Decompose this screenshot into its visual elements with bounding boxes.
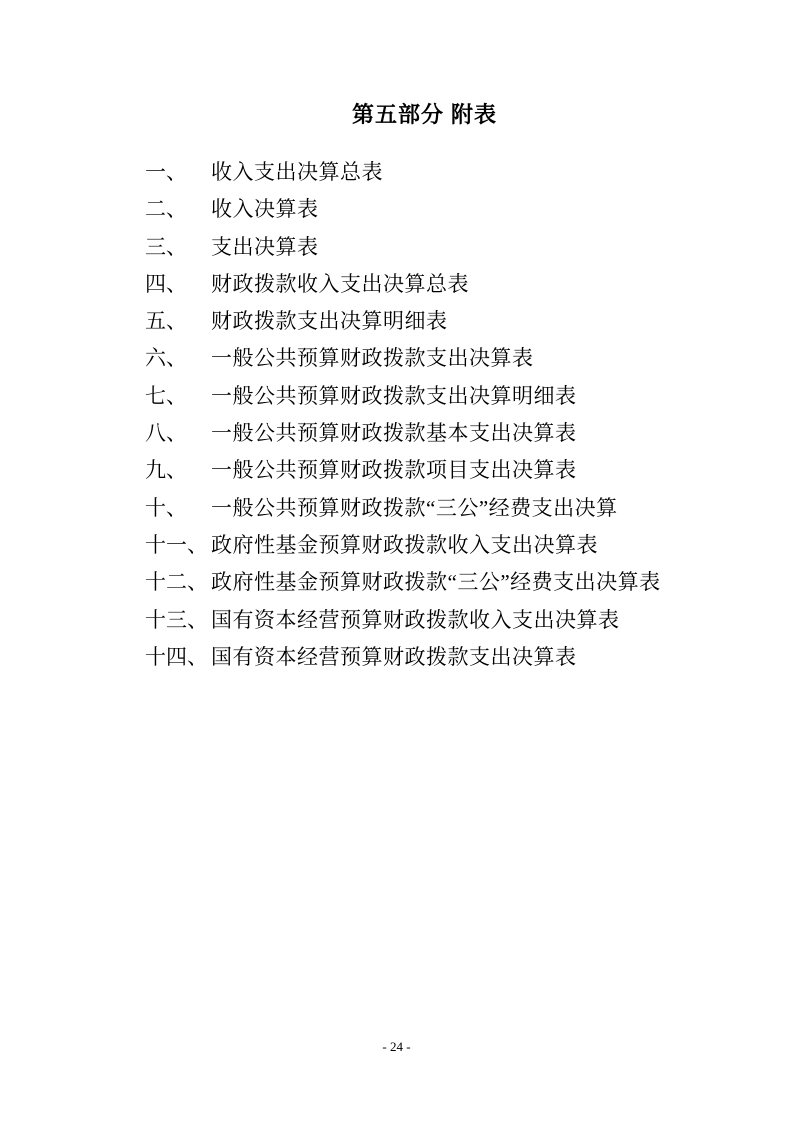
list-item-number: 一、 <box>145 154 211 191</box>
list-item: 十四、 国有资本经营预算财政拨款支出决算表 <box>145 639 745 676</box>
list-item-label: 财政拨款支出决算明细表 <box>211 303 448 340</box>
list-item-label: 一般公共预算财政拨款基本支出决算表 <box>211 415 577 452</box>
list-item: 十一、 政府性基金预算财政拨款收入支出决算表 <box>145 527 745 564</box>
list-item-label: 政府性基金预算财政拨款收入支出决算表 <box>211 527 598 564</box>
list-item: 二、 收入决算表 <box>145 191 745 228</box>
list-item-number: 十、 <box>145 490 211 527</box>
document-page: 第五部分 附表 一、 收入支出决算总表 二、 收入决算表 三、 支出决算表 四、… <box>0 0 793 1122</box>
list-item: 十二、 政府性基金预算财政拨款“三公”经费支出决算表 <box>145 564 745 601</box>
list-item: 四、 财政拨款收入支出决算总表 <box>145 266 745 303</box>
page-number: - 24 - <box>0 1039 793 1055</box>
list-item: 十、 一般公共预算财政拨款“三公”经费支出决算 <box>145 490 745 527</box>
list-item-number: 八、 <box>145 415 211 452</box>
list-item: 一、 收入支出决算总表 <box>145 154 745 191</box>
list-item-number: 五、 <box>145 303 211 340</box>
list-item-label: 国有资本经营预算财政拨款收入支出决算表 <box>211 602 620 639</box>
list-item: 十三、 国有资本经营预算财政拨款收入支出决算表 <box>145 602 745 639</box>
list-item-label: 一般公共预算财政拨款项目支出决算表 <box>211 452 577 489</box>
list-item-label: 财政拨款收入支出决算总表 <box>211 266 469 303</box>
list-item-label: 支出决算表 <box>211 229 319 266</box>
list-item-label: 一般公共预算财政拨款支出决算明细表 <box>211 378 577 415</box>
list-item: 九、 一般公共预算财政拨款项目支出决算表 <box>145 452 745 489</box>
list-item-number: 三、 <box>145 229 211 266</box>
list-item-number: 十一、 <box>145 527 211 564</box>
list-item-number: 九、 <box>145 452 211 489</box>
list-item-number: 十二、 <box>145 564 211 601</box>
list-item-number: 二、 <box>145 191 211 228</box>
list-item-number: 七、 <box>145 378 211 415</box>
list-item-label: 政府性基金预算财政拨款“三公”经费支出决算表 <box>211 564 661 601</box>
list-item: 八、 一般公共预算财政拨款基本支出决算表 <box>145 415 745 452</box>
list-item-number: 四、 <box>145 266 211 303</box>
list-item-label: 一般公共预算财政拨款支出决算表 <box>211 340 534 377</box>
list-item-number: 十三、 <box>145 602 211 639</box>
list-item-label: 收入决算表 <box>211 191 319 228</box>
list-item-label: 收入支出决算总表 <box>211 154 383 191</box>
page-title: 第五部分 附表 <box>28 102 793 128</box>
list-item-number: 六、 <box>145 340 211 377</box>
list-item-label: 国有资本经营预算财政拨款支出决算表 <box>211 639 577 676</box>
list-item: 五、 财政拨款支出决算明细表 <box>145 303 745 340</box>
list-item: 七、 一般公共预算财政拨款支出决算明细表 <box>145 378 745 415</box>
list-item: 三、 支出决算表 <box>145 229 745 266</box>
list-item-label: 一般公共预算财政拨款“三公”经费支出决算 <box>211 490 618 527</box>
appendix-list: 一、 收入支出决算总表 二、 收入决算表 三、 支出决算表 四、 财政拨款收入支… <box>145 154 745 676</box>
list-item: 六、 一般公共预算财政拨款支出决算表 <box>145 340 745 377</box>
list-item-number: 十四、 <box>145 639 211 676</box>
